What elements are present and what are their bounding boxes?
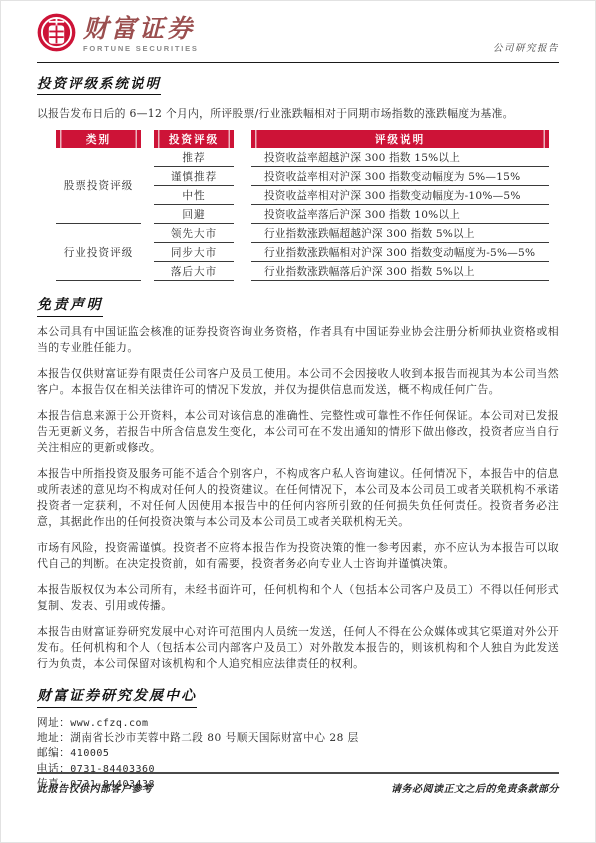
fortune-securities-seal-icon: [37, 13, 76, 56]
research-center-title: 财富证券研究发展中心: [37, 685, 197, 708]
rating-intro-text: 以报告发布日后的 6—12 个月内，所评股票/行业涨跌幅相对于同期市场指数的涨跌…: [37, 106, 559, 121]
table-category-stock: 股票投资评级: [56, 148, 141, 224]
table-header-rating: 投资评级: [154, 130, 234, 148]
disclaimer-paragraph: 市场有风险，投资需谨慎。投资者不应将本报告作为投资决策的惟一参考因素，亦不应认为…: [37, 540, 559, 572]
table-rating-cell: 谨慎推荐: [154, 167, 234, 186]
table-rating-cell: 推荐: [154, 148, 234, 167]
table-desc-cell: 投资收益率相对沪深 300 指数变动幅度为 5%—15%: [251, 167, 549, 186]
disclaimer-paragraph: 本公司具有中国证监会核准的证券投资咨询业务资格，作者具有中国证券业协会注册分析师…: [37, 324, 559, 356]
contact-address: 地址：湖南省长沙市芙蓉中路二段 80 号顺天国际财富中心 28 层: [37, 731, 559, 746]
contact-label: 地址：: [37, 732, 70, 744]
table-desc-cell: 行业指数涨跌幅相对沪深 300 指数变动幅度为-5%—5%: [251, 243, 549, 262]
website-url: www.cfzq.com: [70, 718, 148, 729]
table-desc-cell: 投资收益率超越沪深 300 指数 15%以上: [251, 148, 549, 167]
disclaimer-paragraph: 本报告由财富证券研究发展中心对许可范围内人员统一发送，任何人不得在公众媒体或其它…: [37, 624, 559, 672]
contact-label: 邮编：: [37, 747, 70, 759]
table-desc-cell: 投资收益率落后沪深 300 指数 10%以上: [251, 205, 549, 224]
table-rating-cell: 回避: [154, 205, 234, 224]
table-desc-cell: 行业指数涨跌幅落后沪深 300 指数 5%以上: [251, 262, 549, 281]
table-desc-cell: 投资收益率相对沪深 300 指数变动幅度为-10%—5%: [251, 186, 549, 205]
report-type-label: 公司研究报告: [493, 40, 559, 56]
brand: 财富证券 FORTUNE SECURITIES: [37, 13, 199, 56]
table-rating-cell: 中性: [154, 186, 234, 205]
table-category-industry: 行业投资评级: [56, 224, 141, 281]
footer-note-right: 请务必阅读正文之后的免责条款部分: [391, 780, 559, 795]
rating-section-title: 投资评级系统说明: [37, 72, 161, 95]
brand-name-en: FORTUNE SECURITIES: [83, 44, 199, 53]
table-rating-cell: 同步大市: [154, 243, 234, 262]
contact-postcode: 邮编：410005: [37, 746, 559, 761]
disclaimer-paragraph: 本报告中所指投资及服务可能不适合个别客户，不构成客户私人咨询建议。任何情况下，本…: [37, 466, 559, 530]
rating-table: 类别 投资评级 评级说明 股票投资评级 行业投资评级 推荐 投资收益率超越沪深 …: [56, 130, 559, 281]
table-desc-cell: 行业指数涨跌幅超越沪深 300 指数 5%以上: [251, 224, 549, 243]
brand-name-cn: 财富证券: [83, 16, 199, 42]
contact-website: 网址：www.cfzq.com: [37, 716, 559, 731]
disclaimer-body: 本公司具有中国证监会核准的证券投资咨询业务资格，作者具有中国证券业协会注册分析师…: [37, 324, 559, 672]
postcode-value: 410005: [70, 748, 109, 759]
contact-label: 网址：: [37, 717, 70, 729]
footer-note-left: 此报告仅供内部客户参考: [37, 780, 153, 795]
page-footer: 此报告仅供内部客户参考 请务必阅读正文之后的免责条款部分: [37, 772, 559, 795]
disclaimer-paragraph: 本报告仅供财富证券有限责任公司客户及员工使用。本公司不会因接收人收到本报告而视其…: [37, 366, 559, 398]
disclaimer-paragraph: 本报告信息来源于公开资料，本公司对该信息的准确性、完整性或可靠性不作任何保证。本…: [37, 408, 559, 456]
table-header-category: 类别: [56, 130, 141, 148]
disclaimer-paragraph: 本报告版权仅为本公司所有，未经书面许可，任何机构和个人（包括本公司客户及员工）不…: [37, 582, 559, 614]
address-text: 湖南省长沙市芙蓉中路二段 80 号顺天国际财富中心 28 层: [70, 732, 359, 744]
page-header: 财富证券 FORTUNE SECURITIES 公司研究报告: [37, 13, 559, 63]
table-rating-cell: 领先大市: [154, 224, 234, 243]
report-page: 财富证券 FORTUNE SECURITIES 公司研究报告 投资评级系统说明 …: [0, 0, 596, 843]
table-rating-cell: 落后大市: [154, 262, 234, 281]
table-header-description: 评级说明: [251, 130, 549, 148]
disclaimer-title: 免责声明: [37, 294, 103, 317]
